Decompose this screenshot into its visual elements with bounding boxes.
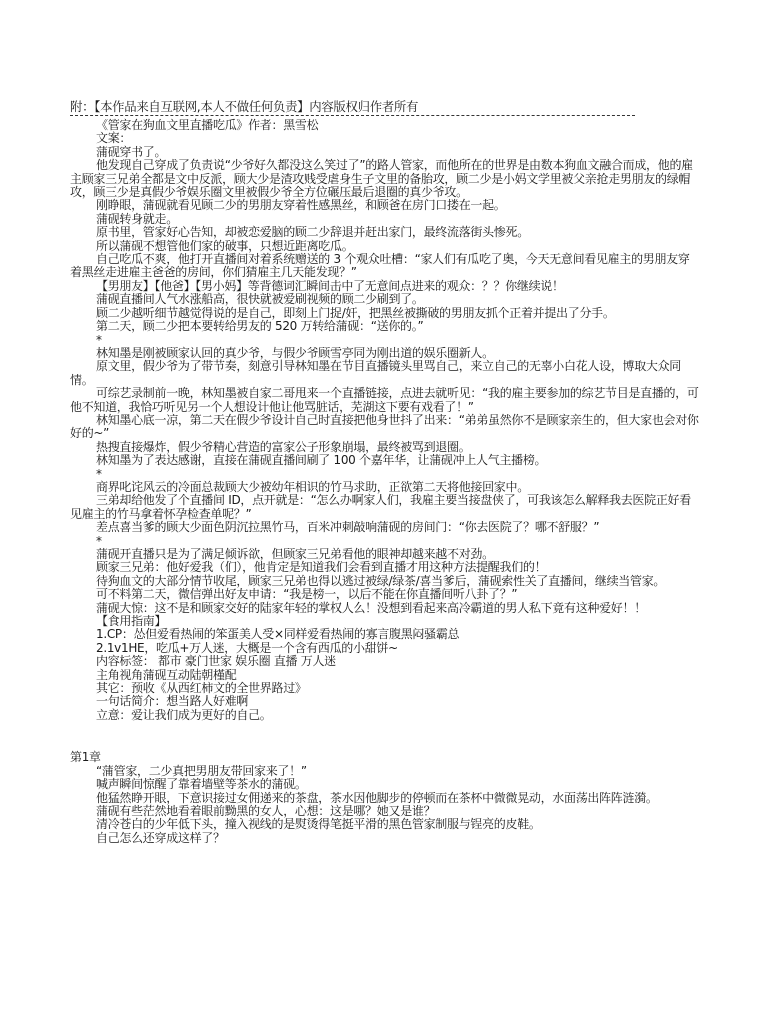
copyright-notice: 附：【本作品来自互联网,本人不做任何负责】内容版权归作者所有 [70,99,700,114]
one-line-summary: 一句话简介：想当路人好难啊 [70,695,700,708]
blurb-paragraph: 原书里，管家好心告知，却被恋爱脑的顾二少辞退并赶出家门，最终流落街头惨死。 [70,226,700,239]
document-page: 附：【本作品来自互联网,本人不做任何负责】内容版权归作者所有 《管家在狗血文里直… [70,99,700,845]
blurb-paragraph: 蒲砚直播间人气水涨船高，很快就被爱刷视频的顾二少刷到了。 [70,293,700,306]
blurb-paragraph: 林知墨心底一凉，第二天在假少爷设计自己时直接把他身世抖了出来：“弟弟虽然你不是顾… [70,414,700,441]
section-separator: * [70,334,700,347]
chapter-heading: 第1章 [70,751,700,764]
chapter-body: “蒲管家，二少真把男朋友带回家来了！” 喊声瞬间惊醒了靠着墙壁等茶水的蒲砚。 他… [70,765,700,845]
blurb-paragraph: 自己吃瓜不爽，他打开直播间对着系统赠送的 3 个观众吐槽：“家人们有瓜吃了奥，今… [70,253,700,280]
theme-line: 立意：爱让我们成为更好的自己。 [70,709,700,722]
section-separator: * [70,468,700,481]
blurb-paragraph: 差点喜当爹的顾大少面色阴沉拉黑竹马，百米冲刺敲响蒲砚的房间门：“你去医院了？哪不… [70,521,700,534]
content-tags: 内容标签： 都市 豪门世家 娱乐圈 直播 万人迷 [70,655,700,668]
blurb-paragraph: 顾家三兄弟：他好爱我（们），他肯定是知道我们会看到直播才用这种方法提醒我们的！ [70,561,700,574]
chapter-paragraph: 清冷苍白的少年低下头，撞入视线的是熨烫得笔挺平滑的黑色管家制服与锃亮的皮鞋。 [70,818,700,831]
chapter-paragraph: 喊声瞬间惊醒了靠着墙壁等茶水的蒲砚。 [70,778,700,791]
blurb-paragraph: 刚睁眼，蒲砚就看见顾二少的男朋友穿着性感黑丝，和顾爸在房门口搂在一起。 [70,199,700,212]
blurb-paragraph: 林知墨为了表达感谢，直接在蒲砚直播间刷了 100 个嘉年华，让蒲砚冲上人气主播榜… [70,454,700,467]
blurb-paragraph: 第二天，顾二少把本要转给男友的 520 万转给蒲砚：“送你的。” [70,320,700,333]
section-separator: * [70,535,700,548]
blurb-label: 文案： [70,132,700,145]
blurb-paragraph: 他发现自己穿成了负责说“少爷好久都没这么笑过了”的路人管家，而他所在的世界是由数… [44,159,700,199]
blurb-paragraph: 原文里，假少爷为了带节奏，刻意引导林知墨在节目直播镜头里骂自己，来立自己的无辜小… [70,360,700,387]
chapter-paragraph: 他猛然睁开眼，下意识接过女佣递来的茶盘，茶水因他脚步的停顿而在茶杯中微微晃动，水… [70,792,700,805]
dashed-divider [70,115,635,116]
guide-item: 1.CP：怂但爱看热闹的笨蛋美人受×同样爱看热闹的寡言腹黑闷骚霸总 [70,628,700,641]
blurb-paragraph: 可不料第二天，微信弹出好友申请：“我是榜一，以后不能在你直播间听八卦了？” [70,588,700,601]
blurb-paragraph: 三弟却给他发了个直播间 ID，点开就是：“怎么办啊家人们，我雇主要当接盘侠了，可… [70,494,700,521]
blurb-section: 蒲砚穿书了。 他发现自己穿成了负责说“少爷好久都没这么笑过了”的路人管家，而他所… [70,146,700,722]
book-title-line: 《管家在狗血文里直播吃瓜》作者：黑雪松 [70,119,700,132]
spacer [70,722,700,751]
blurb-paragraph: 可综艺录制前一晚，林知墨被自家二哥甩来一个直播链接，点进去就听见：“我的雇主要参… [70,387,700,414]
chapter-paragraph: 自己怎么还穿成这样了？ [70,832,700,845]
